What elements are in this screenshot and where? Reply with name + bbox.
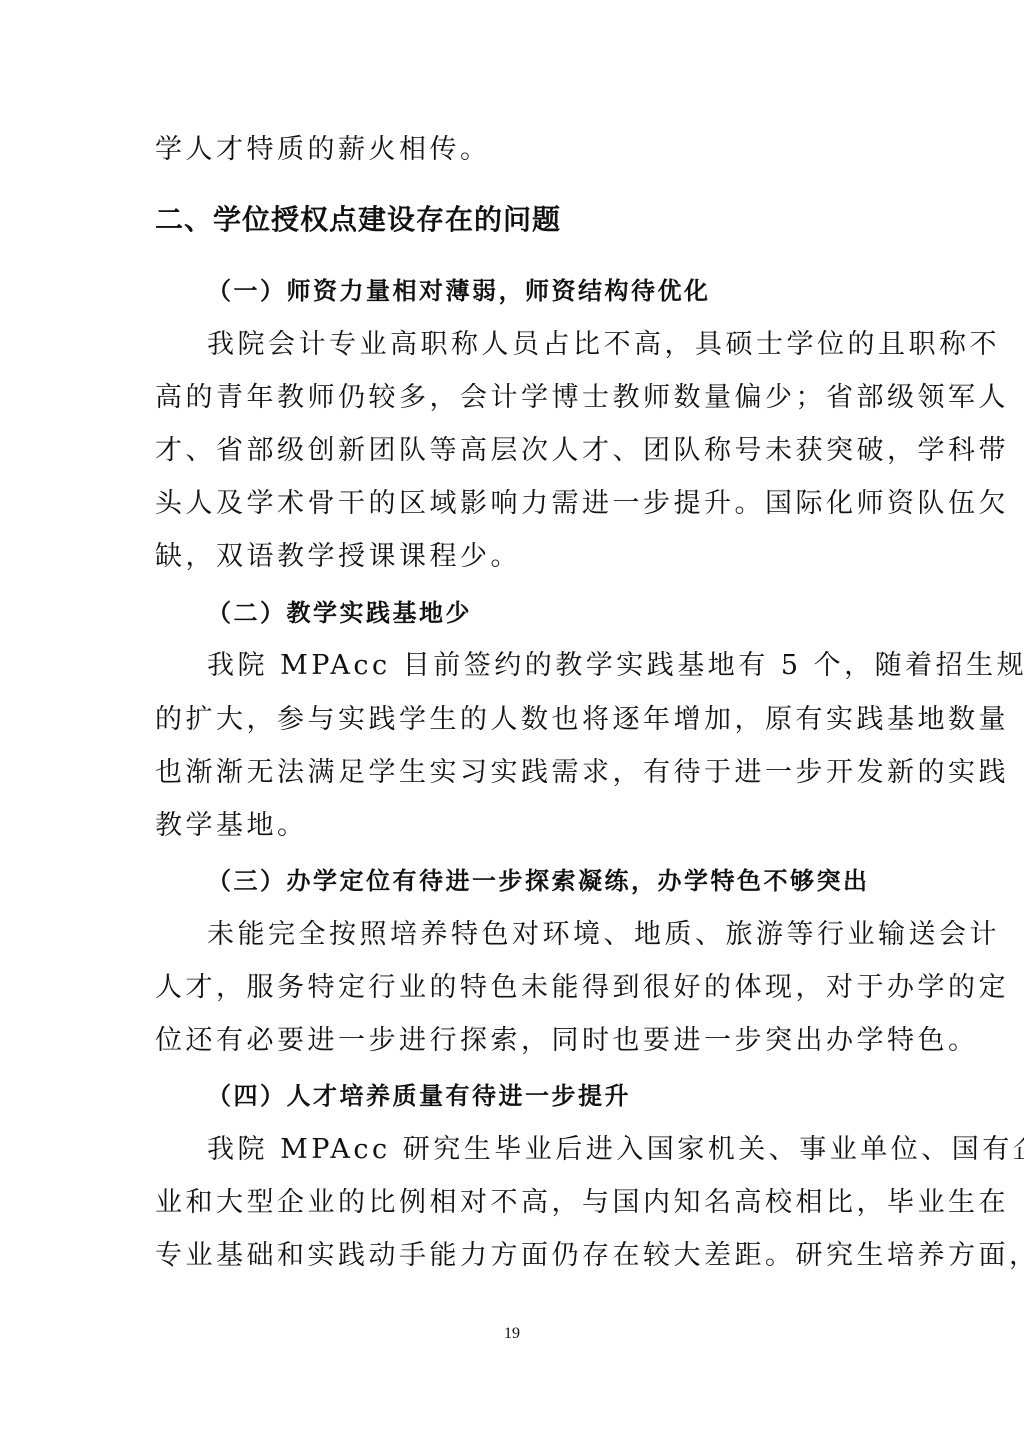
subsection-title-3: （三）办学定位有待进一步探索凝练，办学特色不够突出	[207, 864, 870, 898]
paragraph-line: 缺，双语教学授课课程少。	[155, 540, 870, 574]
subsection-title-2: （二）教学实践基地少	[207, 596, 870, 630]
subsection-title-4: （四）人才培养质量有待进一步提升	[207, 1079, 870, 1113]
paragraph-line: 我院 MPAcc 研究生毕业后进入国家机关、事业单位、国有企	[207, 1133, 870, 1167]
paragraph-line: 的扩大，参与实践学生的人数也将逐年增加，原有实践基地数量	[155, 703, 870, 737]
paragraph-line: 我院 MPAcc 目前签约的教学实践基地有 5 个，随着招生规模	[207, 649, 870, 683]
paragraph-line: 人才，服务特定行业的特色未能得到很好的体现，对于办学的定	[155, 971, 870, 1005]
paragraph-line: 头人及学术骨干的区域影响力需进一步提升。国际化师资队伍欠	[155, 487, 870, 521]
paragraph-line: 也渐渐无法满足学生实习实践需求，有待于进一步开发新的实践	[155, 756, 870, 790]
subsection-title-1: （一）师资力量相对薄弱，师资结构待优化	[207, 274, 870, 308]
section-heading: 二、学位授权点建设存在的问题	[155, 203, 870, 237]
paragraph-line: 未能完全按照培养特色对环境、地质、旅游等行业输送会计	[207, 918, 870, 952]
paragraph-line: 业和大型企业的比例相对不高，与国内知名高校相比，毕业生在	[155, 1186, 870, 1220]
paragraph-line: 高的青年教师仍较多，会计学博士教师数量偏少；省部级领军人	[155, 381, 870, 415]
paragraph-line: 教学基地。	[155, 809, 870, 843]
paragraph-line: 才、省部级创新团队等高层次人才、团队称号未获突破，学科带	[155, 434, 870, 468]
paragraph-line: 我院会计专业高职称人员占比不高，具硕士学位的且职称不	[207, 328, 870, 362]
continuation-text: 学人才特质的薪火相传。	[155, 133, 870, 167]
paragraph-line: 位还有必要进一步进行探索，同时也要进一步突出办学特色。	[155, 1024, 870, 1058]
page-number: 19	[0, 1325, 1024, 1343]
paragraph-line: 专业基础和实践动手能力方面仍存在较大差距。研究生培养方面，	[155, 1239, 870, 1273]
document-page: 学人才特质的薪火相传。 二、学位授权点建设存在的问题 （一）师资力量相对薄弱，师…	[0, 0, 1024, 1448]
